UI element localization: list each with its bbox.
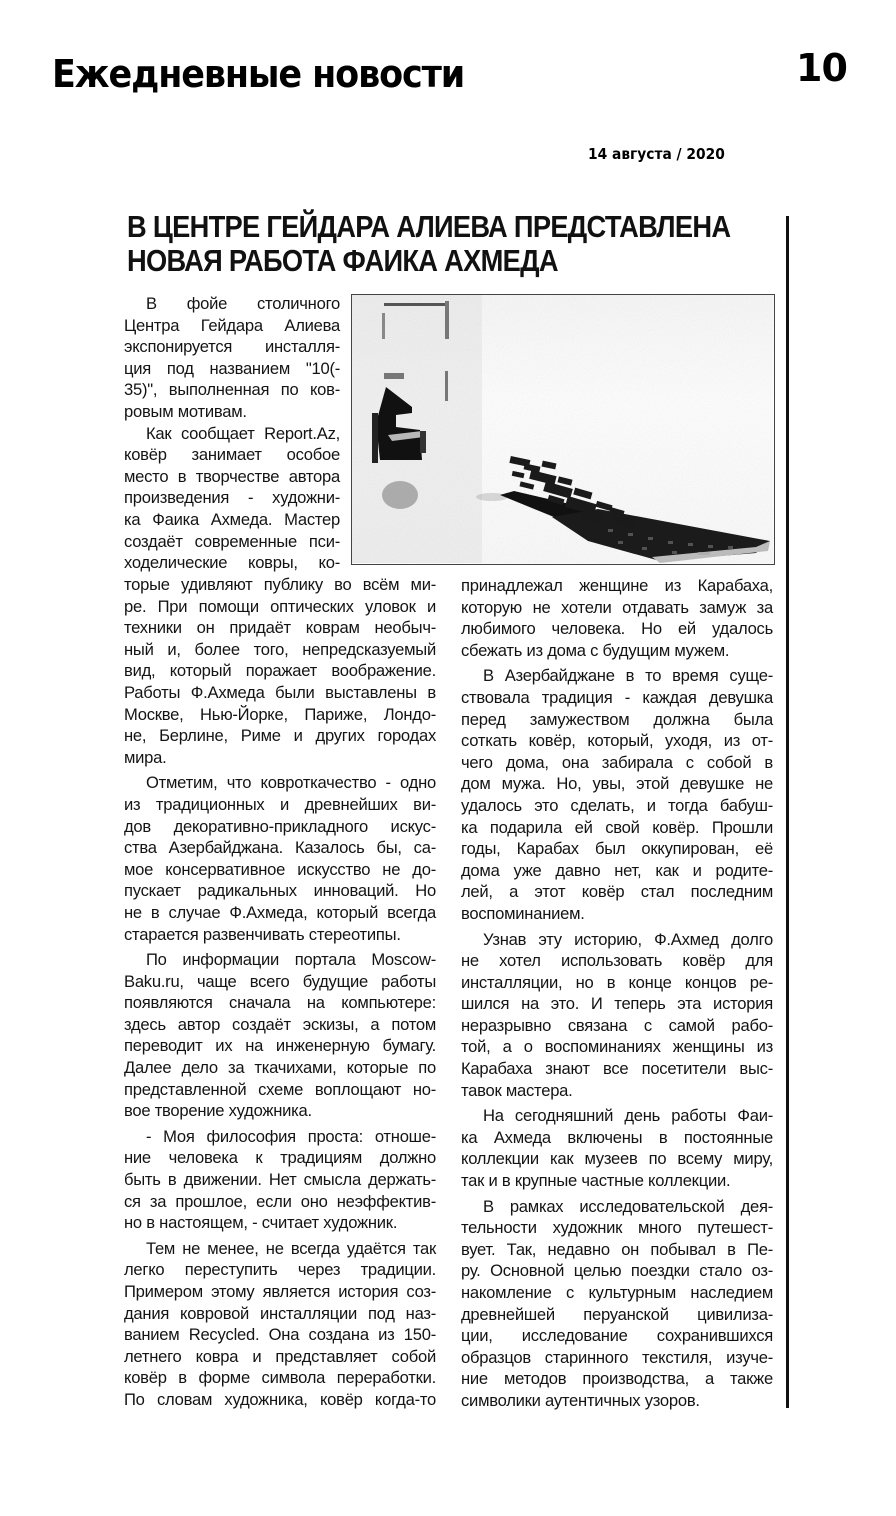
text-line: место в творчестве автора (124, 466, 340, 488)
headline-line: В ЦЕНТРЕ ГЕЙДАРА АЛИЕВА ПРЕДСТАВЛЕНА (127, 210, 708, 244)
text-line: ру. Основной целью поездки стало оз- (461, 1260, 773, 1282)
article-paragraph: По информации портала Moscow- Baku.ru, ч… (124, 949, 436, 1122)
text-line: коллекции как музеев по всему миру, (461, 1148, 773, 1170)
text-line: На сегодняшний день работы Фаи- (461, 1105, 773, 1127)
text-line: ковёр в форме символа переработки. (124, 1367, 436, 1389)
text-line: ре. При помощи оптических уловок и (124, 596, 436, 618)
text-line: образцов старинного текстиля, изуче- (461, 1347, 773, 1369)
text-line: инсталляции, но в конце концов ре- (461, 972, 773, 994)
text-line: мое консервативное искусство не до- (124, 859, 436, 881)
text-line: создаёт современные пси- (124, 531, 340, 553)
text-line: По информации портала Moscow- (124, 949, 436, 971)
text-line: быть в движении. Нет смысла держать- (124, 1169, 436, 1191)
text-line: представленной схеме воплощают но- (124, 1079, 436, 1101)
text-line: перед замужеством должна была (461, 709, 773, 731)
text-line: соткать ковёр, который, уходя, из от- (461, 730, 773, 752)
text-line: Работы Ф.Ахмеда были выставлены в (124, 682, 436, 704)
article-paragraph: В фойе столичного Центра Гейдара Алиева … (124, 293, 340, 423)
text-line: В фойе столичного (124, 293, 340, 315)
text-line: не в случае Ф.Ахмеда, который всегда (124, 902, 436, 924)
text-line: дания ковровой инсталляции под наз- (124, 1303, 436, 1325)
text-line: ка подарила ей свой ковёр. Прошли (461, 817, 773, 839)
text-line: дома уже давно нет, как и родите- (461, 860, 773, 882)
article-paragraph: Тем не менее, не всегда удаётся так легк… (124, 1238, 436, 1411)
text-line: вое творение художника. (124, 1100, 436, 1122)
text-line: старается развенчивать стереотипы. (124, 924, 436, 946)
text-line: не, Берлине, Риме и других городах (124, 725, 436, 747)
text-line: Узнав эту историю, Ф.Ахмед долго (461, 929, 773, 951)
text-line: ства Азербайджана. Казалось бы, са- (124, 837, 436, 859)
text-line: 35)", выполненная по ков- (124, 379, 340, 401)
text-line: ся за прошлое, если оно неэффектив- (124, 1191, 436, 1213)
text-line: неразрывно связана с самой рабо- (461, 1015, 773, 1037)
text-line: древнейшей перуанской цивилиза- (461, 1304, 773, 1326)
text-line: ка Ахмеда включены в постоянные (461, 1127, 773, 1149)
text-line: ковёр занимает особое (124, 444, 340, 466)
text-line: вует. Так, недавно он побывал в Пе- (461, 1239, 773, 1261)
left-column-top: В фойе столичного Центра Гейдара Алиева … (124, 293, 340, 574)
text-line: той, а о воспоминаниях женщины из (461, 1036, 773, 1058)
text-line: любимого человека. Но ей удалось (461, 618, 773, 640)
article-paragraph: Узнав эту историю, Ф.Ахмед долго не хоте… (461, 929, 773, 1102)
text-line: ровым мотивам. (124, 401, 340, 423)
text-line: удалось это сделать, и тогда бабуш- (461, 795, 773, 817)
text-line: ствовала традиция - каждая девушка (461, 687, 773, 709)
text-line: дом мужа. Но, увы, этой девушке не (461, 773, 773, 795)
article-headline: В ЦЕНТРЕ ГЕЙДАРА АЛИЕВА ПРЕДСТАВЛЕНА НОВ… (127, 210, 708, 278)
text-line: дов декоративно-прикладного искус- (124, 816, 436, 838)
text-line: ходелические ковры, ко- (124, 552, 340, 574)
carpet-installation-image (352, 295, 773, 563)
text-line: пускает радикальных инноваций. Но (124, 880, 436, 902)
text-line: ние человека к традициям должно (124, 1147, 436, 1169)
left-column-bottom: торые удивляют публику во всём ми- ре. П… (124, 574, 436, 1411)
article-paragraph: торые удивляют публику во всём ми- ре. П… (124, 574, 436, 768)
text-line: Примером этому является история соз- (124, 1281, 436, 1303)
right-column: принадлежал женщине из Карабаха, которую… (461, 575, 773, 1412)
text-line: символики аутентичных узоров. (461, 1390, 773, 1412)
text-line: Далее дело за ткачихами, которые по (124, 1057, 436, 1079)
text-line: переводит их на инженерную бумагу. (124, 1035, 436, 1057)
text-line: здесь автор создаёт эскизы, а потом (124, 1014, 436, 1036)
text-line: произведения - художни- (124, 487, 340, 509)
article-paragraph: - Моя философия проста: отноше- ние чело… (124, 1126, 436, 1234)
text-line: Тем не менее, не всегда удаётся так (124, 1238, 436, 1260)
text-line: появляются сначала на компьютере: (124, 992, 436, 1014)
article-paragraph: принадлежал женщине из Карабаха, которую… (461, 575, 773, 661)
text-line: но в настоящем, - считает художник. (124, 1212, 436, 1234)
text-line: воспоминанием. (461, 903, 773, 925)
article-paragraph: В Азербайджане в то время суще- ствовала… (461, 665, 773, 924)
text-line: из традиционных и древнейших ви- (124, 794, 436, 816)
text-line: мира. (124, 747, 436, 769)
article-paragraph: В рамках исследовательской дея- тельност… (461, 1196, 773, 1412)
text-line: - Моя философия проста: отноше- (124, 1126, 436, 1148)
text-line: ванием Recycled. Она создана из 150- (124, 1324, 436, 1346)
text-line: летнего ковра и представляет собой (124, 1346, 436, 1368)
vertical-column-rule (786, 216, 789, 1408)
text-line: Москве, Нью-Йорке, Париже, Лондо- (124, 704, 436, 726)
text-line: так и в крупные частные коллекции. (461, 1170, 773, 1192)
text-line: Как сообщает Report.Az, (124, 423, 340, 445)
text-line: В рамках исследовательской дея- (461, 1196, 773, 1218)
text-line: В Азербайджане в то время суще- (461, 665, 773, 687)
text-line: ция под названием "10(- (124, 358, 340, 380)
text-line: ции, исследование сохранившихся (461, 1325, 773, 1347)
text-line: экспонируется инсталля- (124, 336, 340, 358)
text-line: тавок мастера. (461, 1080, 773, 1102)
article-photo (351, 294, 775, 565)
text-line: техники он придаёт коврам необыч- (124, 617, 436, 639)
text-line: ние методов производства, а также (461, 1368, 773, 1390)
text-line: ный и, более того, непредсказуемый (124, 639, 436, 661)
text-line: чего дома, она забирала с собой в (461, 752, 773, 774)
text-line: торые удивляют публику во всём ми- (124, 574, 436, 596)
newspaper-title: Ежедневные новости (52, 52, 464, 96)
article-paragraph: На сегодняшний день работы Фаи- ка Ахмед… (461, 1105, 773, 1191)
text-line: Отметим, что ковроткачество - одно (124, 772, 436, 794)
text-line: накомление с культурным наследием (461, 1282, 773, 1304)
text-line: вид, который поражает воображение. (124, 660, 436, 682)
text-line: сбежать из дома с будущим мужем. (461, 640, 773, 662)
text-line: Карабаха знают все посетители выс- (461, 1058, 773, 1080)
text-line: годы, Карабах был оккупирован, её (461, 838, 773, 860)
page-number: 10 (796, 46, 847, 90)
text-line: принадлежал женщине из Карабаха, (461, 575, 773, 597)
issue-date: 14 августа / 2020 (588, 145, 725, 163)
text-line: которую не хотели отдавать замуж за (461, 597, 773, 619)
text-line: не хотел использовать ковёр для (461, 950, 773, 972)
article-paragraph: Отметим, что ковроткачество - одно из тр… (124, 772, 436, 945)
text-line: Центра Гейдара Алиева (124, 315, 340, 337)
text-line: лей, а этот ковёр стал последним (461, 881, 773, 903)
text-line: шился на это. И теперь эта история (461, 993, 773, 1015)
text-line: Baku.ru, чаще всего будущие работы (124, 971, 436, 993)
article-paragraph: Как сообщает Report.Az, ковёр занимает о… (124, 423, 340, 574)
headline-line: НОВАЯ РАБОТА ФАИКА АХМЕДА (127, 244, 708, 278)
text-line: По словам художника, ковёр когда-то (124, 1389, 436, 1411)
text-line: ка Фаика Ахмеда. Мастер (124, 509, 340, 531)
text-line: тельности художник много путешест- (461, 1217, 773, 1239)
text-line: легко переступить через традиции. (124, 1259, 436, 1281)
